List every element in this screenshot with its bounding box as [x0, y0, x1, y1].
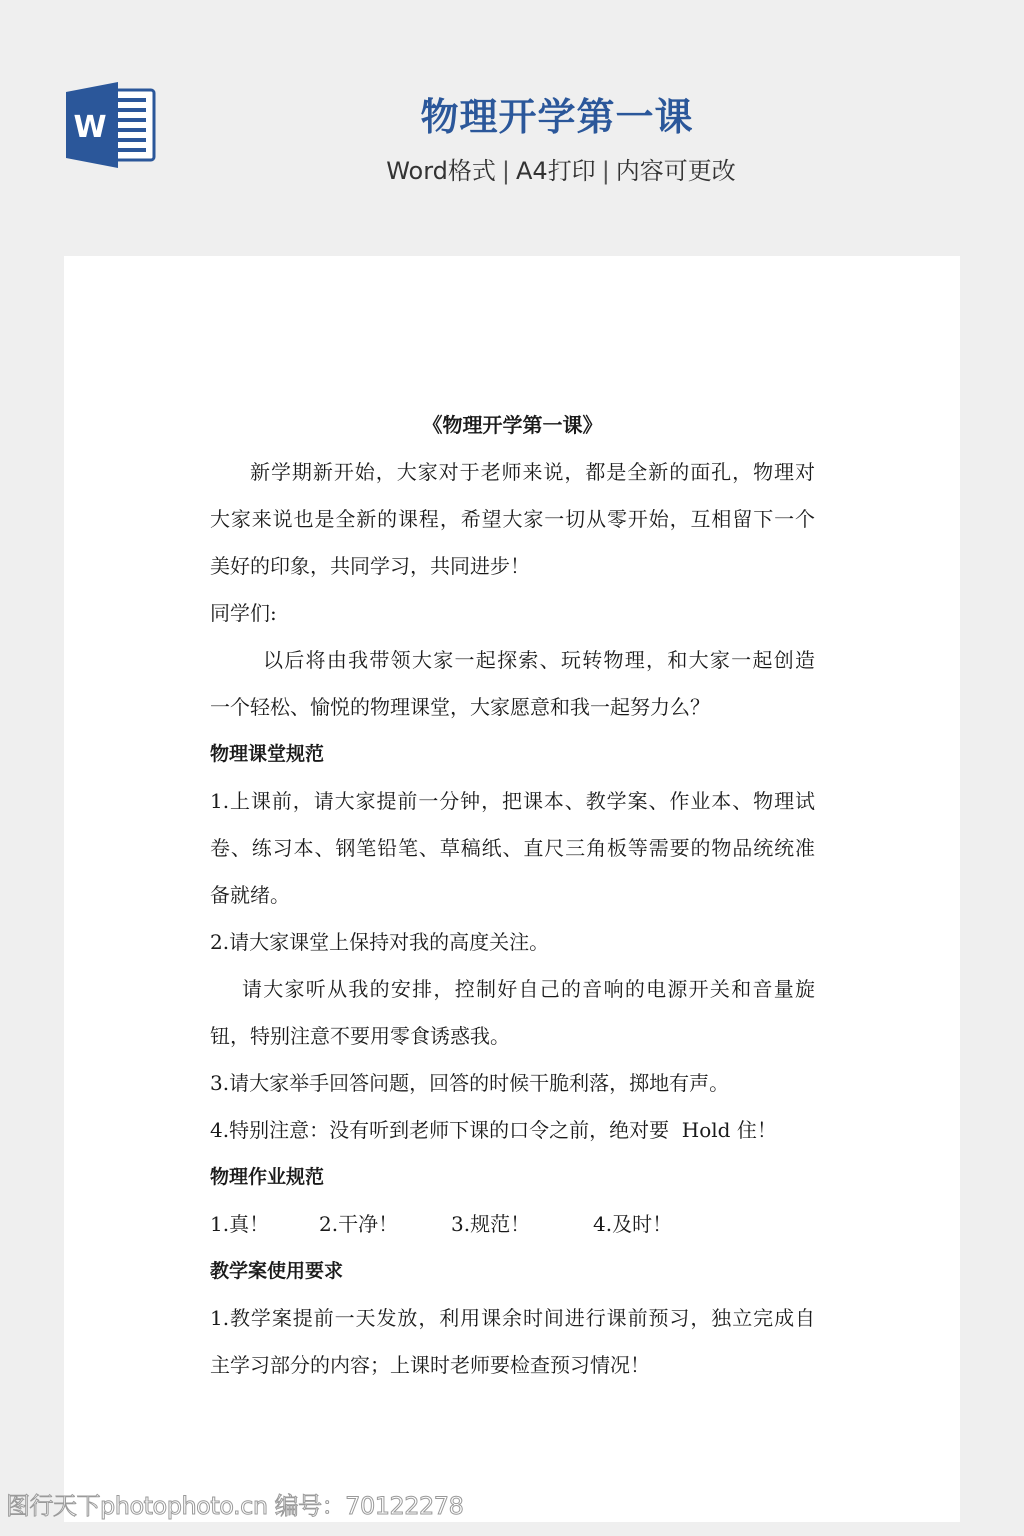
watermark: 图行天下photophoto.cn 编号：70122278	[6, 1491, 463, 1521]
separator: |	[602, 157, 610, 185]
homework-rule: 1.真！	[210, 1201, 269, 1248]
classroom-rule-3: 3.请大家举手回答问题，回答的时候干脆利落，掷地有声。	[210, 1060, 815, 1107]
classroom-rule-1: 1.上课前，请大家提前一分钟，把课本、教学案、作业本、物理试 卷、练习本、钢笔铅…	[210, 778, 815, 919]
homework-rule: 3.规范！	[451, 1201, 530, 1248]
print-label: A4打印	[516, 157, 596, 185]
text-line: 1.上课前，请大家提前一分钟，把课本、教学案、作业本、物理试	[210, 778, 815, 825]
page-subtitle: Word格式|A4打印|内容可更改	[0, 153, 1024, 189]
intro-paragraph: 新学期新开始，大家对于老师来说，都是全新的面孔，物理对 大家来说也是全新的课程，…	[210, 449, 815, 590]
text-line: 主学习部分的内容；上课时老师要检查预习情况！	[210, 1342, 815, 1389]
text-line: 请大家听从我的安排，控制好自己的音响的电源开关和音量旋	[210, 966, 815, 1013]
text-line: 以后将由我带领大家一起探索、玩转物理，和大家一起创造	[210, 637, 815, 684]
text-line: 大家来说也是全新的课程，希望大家一切从零开始，互相留下一个	[210, 496, 815, 543]
editable-label: 内容可更改	[616, 157, 736, 185]
classroom-rule-2-detail: 请大家听从我的安排，控制好自己的音响的电源开关和音量旋 钮，特别注意不要用零食诱…	[210, 966, 815, 1060]
text-line: 钮，特别注意不要用零食诱惑我。	[210, 1013, 815, 1060]
homework-rules-row: 1.真！ 2.干净！ 3.规范！ 4.及时！	[210, 1201, 815, 1248]
text-line: 备就绪。	[210, 872, 815, 919]
text-line: 1.教学案提前一天发放，利用课余时间进行课前预习，独立完成自	[210, 1295, 815, 1342]
classroom-rule-2: 2.请大家课堂上保持对我的高度关注。	[210, 919, 815, 966]
text-line: 新学期新开始，大家对于老师来说，都是全新的面孔，物理对	[210, 449, 815, 496]
section-heading-homework: 物理作业规范	[210, 1154, 815, 1201]
homework-rule: 4.及时！	[593, 1201, 672, 1248]
section-heading-lesson-plan: 教学案使用要求	[210, 1248, 815, 1295]
text-line: 美好的印象，共同学习，共同进步！	[210, 543, 815, 590]
page-title: 物理开学第一课	[0, 92, 1024, 142]
section-heading-classroom: 物理课堂规范	[210, 731, 815, 778]
homework-rule: 2.干净！	[319, 1201, 398, 1248]
lesson-plan-rule-1: 1.教学案提前一天发放，利用课余时间进行课前预习，独立完成自 主学习部分的内容；…	[210, 1295, 815, 1389]
classroom-rule-4: 4.特别注意：没有听到老师下课的口令之前，绝对要 Hold 住！	[210, 1107, 815, 1154]
separator: |	[502, 157, 510, 185]
text-line: 一个轻松、愉悦的物理课堂，大家愿意和我一起努力么？	[210, 684, 815, 731]
format-label: Word格式	[386, 157, 496, 185]
paragraph-2: 以后将由我带领大家一起探索、玩转物理，和大家一起创造 一个轻松、愉悦的物理课堂，…	[210, 637, 815, 731]
greeting: 同学们:	[210, 590, 815, 637]
document-title: 《物理开学第一课》	[210, 402, 815, 449]
document-body: 《物理开学第一课》 新学期新开始，大家对于老师来说，都是全新的面孔，物理对 大家…	[210, 402, 815, 1389]
text-line: 卷、练习本、钢笔铅笔、草稿纸、直尺三角板等需要的物品统统准	[210, 825, 815, 872]
